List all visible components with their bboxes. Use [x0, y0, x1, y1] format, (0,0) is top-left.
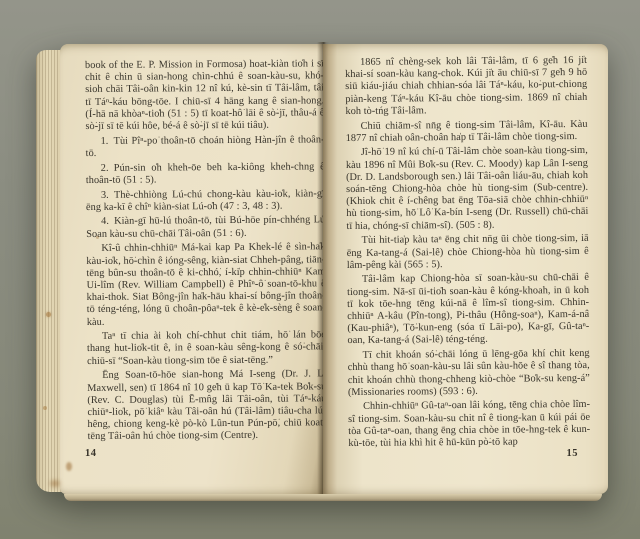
- left-page: book of the E. P. Mission in Formosa) ho…: [60, 44, 323, 494]
- list-item-1: 1. Tùi Pîⁿ-po͘ thoân-tō choán hiòng Hàn-…: [86, 134, 325, 160]
- paragraph: Taⁿ tī chia ài koh chí-chhut chit tiám, …: [87, 330, 326, 368]
- left-page-stack-edge: [36, 50, 62, 492]
- list-item-4: 4. Kiàn-gī hū-lú thoân-tō, tùi Bú-hōe pí…: [86, 215, 325, 241]
- paragraph: 1865 nî chèng-sek koh lâi Tâi-lâm, tī 6 …: [345, 55, 588, 118]
- bottom-page-edges: [64, 494, 602, 501]
- paragraph: Tùi hit-tia̍p kàu taⁿ ēng chit nn̄g ūi c…: [347, 233, 589, 272]
- right-page-text: 1865 nî chèng-sek koh lâi Tâi-lâm, tī 6 …: [345, 55, 590, 453]
- fox-stain: [46, 312, 51, 317]
- right-page-number: 15: [567, 448, 579, 459]
- paragraph: Ēng Soan-tō-hōe sian-hong Má I-seng (Dr.…: [87, 369, 327, 444]
- left-page-number: 14: [85, 448, 97, 459]
- paragraph: Jî-hō͘ 19 nî kú chí-ū Tâi-lâm chòe soan-…: [346, 145, 589, 233]
- paragraph: Chhin-chhiūⁿ Gû-taⁿ-oan lâi kóng, tēng c…: [348, 399, 590, 450]
- paragraph: Tī chit khoán só͘-chāi lóng ū lēng-gōa k…: [348, 348, 590, 399]
- list-item-2: 2. Pún-sin o̍h kheh-ōe beh ka-kiông kheh…: [86, 161, 325, 187]
- fox-stain: [43, 406, 47, 410]
- photo-background: book of the E. P. Mission in Formosa) ho…: [0, 0, 640, 539]
- open-book: book of the E. P. Mission in Formosa) ho…: [36, 40, 608, 502]
- left-page-text: book of the E. P. Mission in Formosa) ho…: [85, 58, 327, 446]
- paragraph: book of the E. P. Mission in Formosa) ho…: [85, 58, 325, 133]
- paragraph: Kî-û chhin-chhiūⁿ Má-kai kap Pa Khek-lé …: [86, 242, 326, 329]
- right-page: 1865 nî chèng-sek koh lâi Tâi-lâm, tī 6 …: [323, 44, 608, 494]
- list-item-3: 3. Thè-chhiòng Lú-chú chong-kàu kàu-io̍k…: [86, 188, 325, 214]
- paragraph: Chiū chiām-sî nn̄g ê tiong-sim Tâi-lâm, …: [346, 118, 588, 145]
- paragraph: Tâi-lâm kap Chiong-hòa sī soan-kàu-su ch…: [347, 272, 590, 347]
